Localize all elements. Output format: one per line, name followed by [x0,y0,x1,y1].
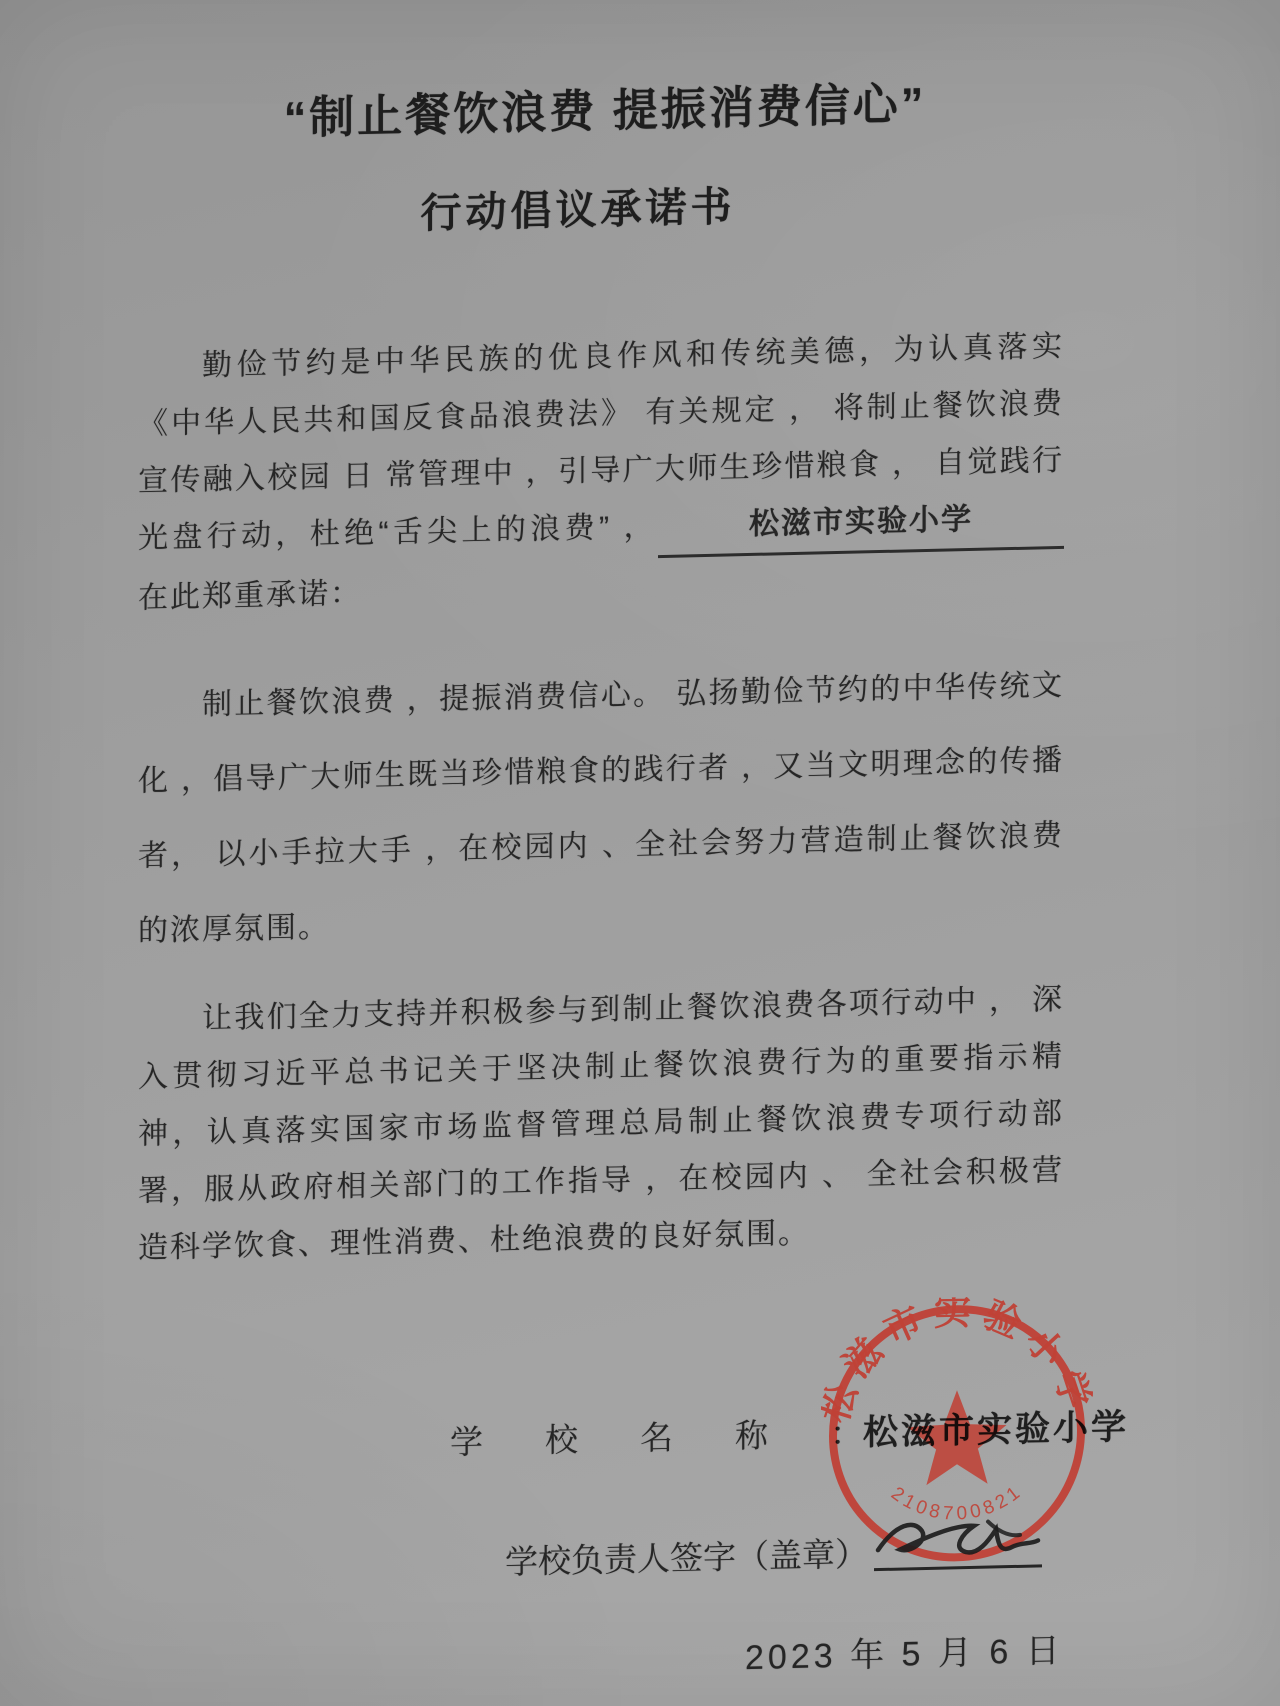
photographed-sheet: “制止餐饮浪费 提振消费信心” 行动倡议承诺书 勤俭节约是中华民族的优良作风和传… [0,0,1280,1706]
document-title: “制止餐饮浪费 提振消费信心” [0,61,1210,153]
handwritten-signature [874,1520,1042,1571]
star-icon [908,1389,1007,1485]
document-page: “制止餐饮浪费 提振消费信心” 行动倡议承诺书 勤俭节约是中华民族的优良作风和传… [0,0,1280,1706]
paragraph-commitment-1: 制止餐饮浪费 ，提振消费信心。 弘扬勤俭节约的中华传统文化 ，倡导广大师生既当珍… [138,648,1064,969]
signature-label: 学校负责人签字（盖章） [505,1535,868,1580]
school-name-fill-value: 松滋市实验小学 [749,503,973,541]
paragraph-1-text-after: 在此郑重承诺： [138,577,362,615]
document-subtitle: 行动倡议承诺书 [0,164,1156,249]
signature-scrawl-icon [870,1506,1046,1574]
paragraph-pledge-intro: 勤俭节约是中华民族的优良作风和传统美德，为认真落实《中华人民共和国反食品浪费法》… [138,318,1064,627]
paragraph-commitment-2: 让我们全力支持并积极参与到制止餐饮浪费各项行动中 ， 深入贯彻习近平总书记关于坚… [138,971,1064,1277]
document-date: 2023 年 5 月 6 日 [745,1623,1064,1679]
school-name-blank: 松滋市实验小学 [658,489,1064,558]
school-name-label: 学校名称 [450,1415,830,1461]
signature-line: 学校负责人签字（盖章） [505,1520,1042,1586]
